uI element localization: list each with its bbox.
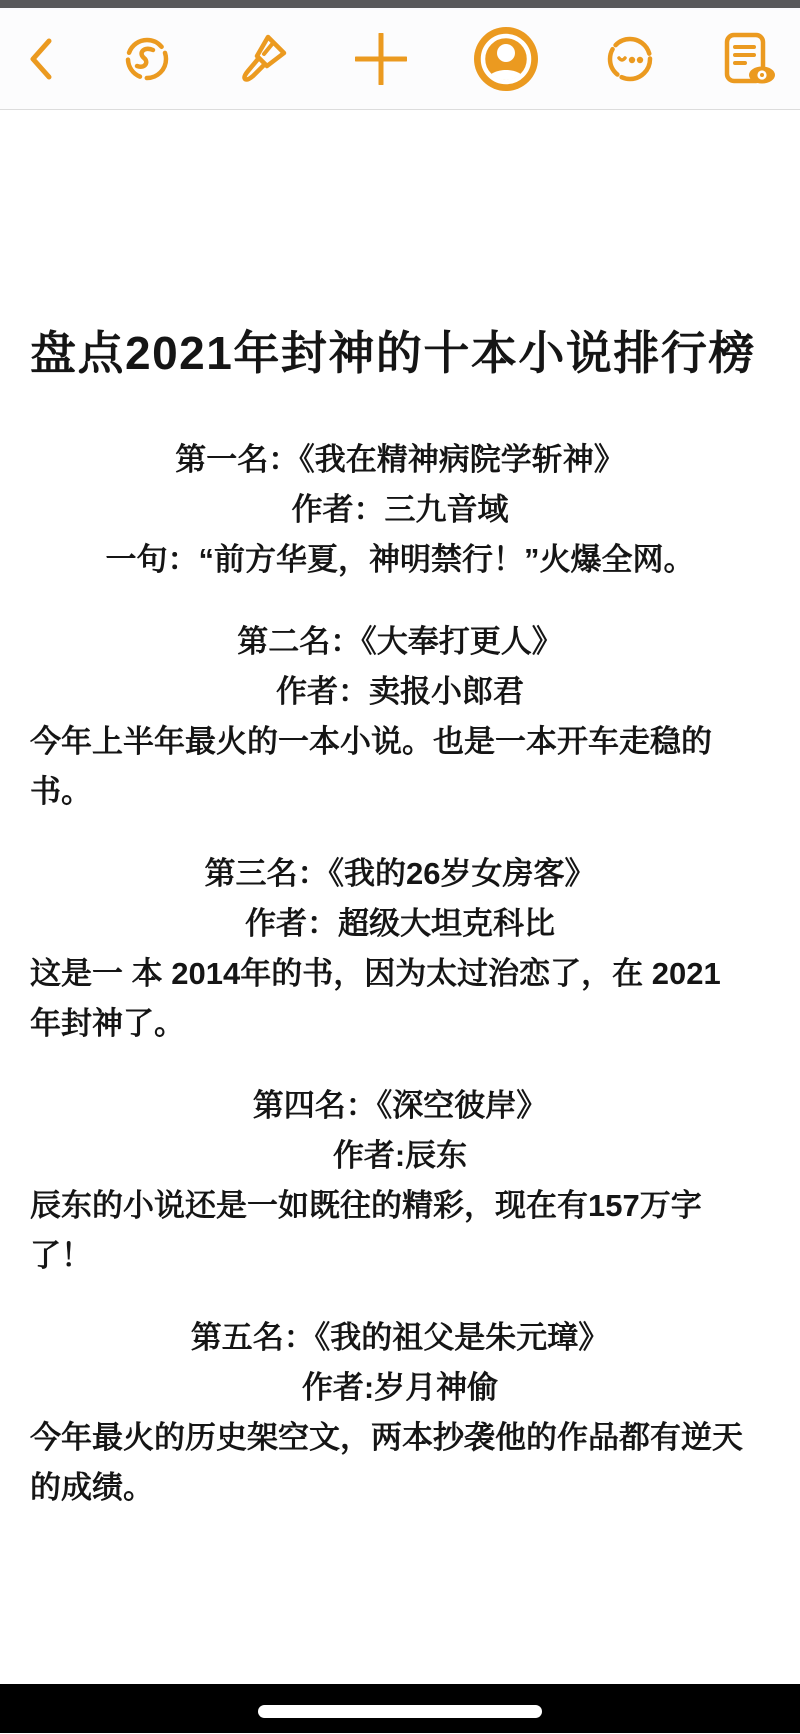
back-chevron-icon [24,34,56,84]
paint-brush-button[interactable] [237,33,289,85]
document-view-button[interactable] [722,32,778,86]
history-sync-button[interactable] [122,34,172,84]
status-bar-strip [0,0,800,8]
description-text: 辰东的小说还是一如既往的精彩，现在有157万字 了！ [30,1181,770,1281]
account-avatar-icon [473,26,539,92]
description-text: 这是一 本 2014年的书，因为太过治恋了，在 2021 年封神了。 [30,949,770,1049]
description-text: 今年上半年最火的一本小说。也是一本开车走稳的 书。 [30,717,770,817]
add-new-button[interactable] [355,33,407,85]
description-text: 一句：“前方华夏，神明禁行！”火爆全网。 [30,535,770,585]
rank-title: 第二名：《大奉打更人》 [30,617,770,667]
author-line: 作者:辰东 [30,1131,770,1181]
more-dots-icon [604,33,656,85]
back-button[interactable] [24,34,56,84]
rank-title: 第五名：《我的祖父是朱元璋》 [30,1313,770,1363]
rank-title: 第一名：《我在精神病院学斩神》 [30,435,770,485]
note-document-page[interactable]: 盘点2021年封神的十本小说排行榜 第一名：《我在精神病院学斩神》 作者：三九音… [0,110,800,1684]
novel-section: 第二名：《大奉打更人》 作者：卖报小郎君 今年上半年最火的一本小说。也是一本开车… [30,617,770,817]
more-options-button[interactable] [604,33,656,85]
author-line: 作者：三九音域 [30,485,770,535]
description-text: 今年最火的历史架空文，两本抄袭他的作品都有逆天 的成绩。 [30,1413,770,1513]
note-toolbar [0,8,800,110]
bottom-system-bar [0,1684,800,1733]
rank-title: 第三名：《我的26岁女房客》 [30,849,770,899]
author-line: 作者：超级大坦克科比 [30,899,770,949]
doc-sections: 第一名：《我在精神病院学斩神》 作者：三九音域 一句：“前方华夏，神明禁行！”火… [30,435,770,1513]
document-view-icon [722,32,778,86]
home-indicator[interactable] [258,1705,542,1718]
account-button[interactable] [473,26,539,92]
author-line: 作者：卖报小郎君 [30,667,770,717]
novel-section: 第三名：《我的26岁女房客》 作者：超级大坦克科比 这是一 本 2014年的书，… [30,849,770,1049]
novel-section: 第五名：《我的祖父是朱元璋》 作者:岁月神偷 今年最火的历史架空文，两本抄袭他的… [30,1313,770,1513]
document-title: 盘点2021年封神的十本小说排行榜 [30,110,770,381]
paint-brush-icon [237,33,289,85]
novel-section: 第四名：《深空彼岸》 作者:辰东 辰东的小说还是一如既往的精彩，现在有157万字… [30,1081,770,1281]
plus-icon [355,33,407,85]
novel-section: 第一名：《我在精神病院学斩神》 作者：三九音域 一句：“前方华夏，神明禁行！”火… [30,435,770,585]
author-line: 作者:岁月神偷 [30,1363,770,1413]
rank-title: 第四名：《深空彼岸》 [30,1081,770,1131]
history-sync-icon [122,34,172,84]
